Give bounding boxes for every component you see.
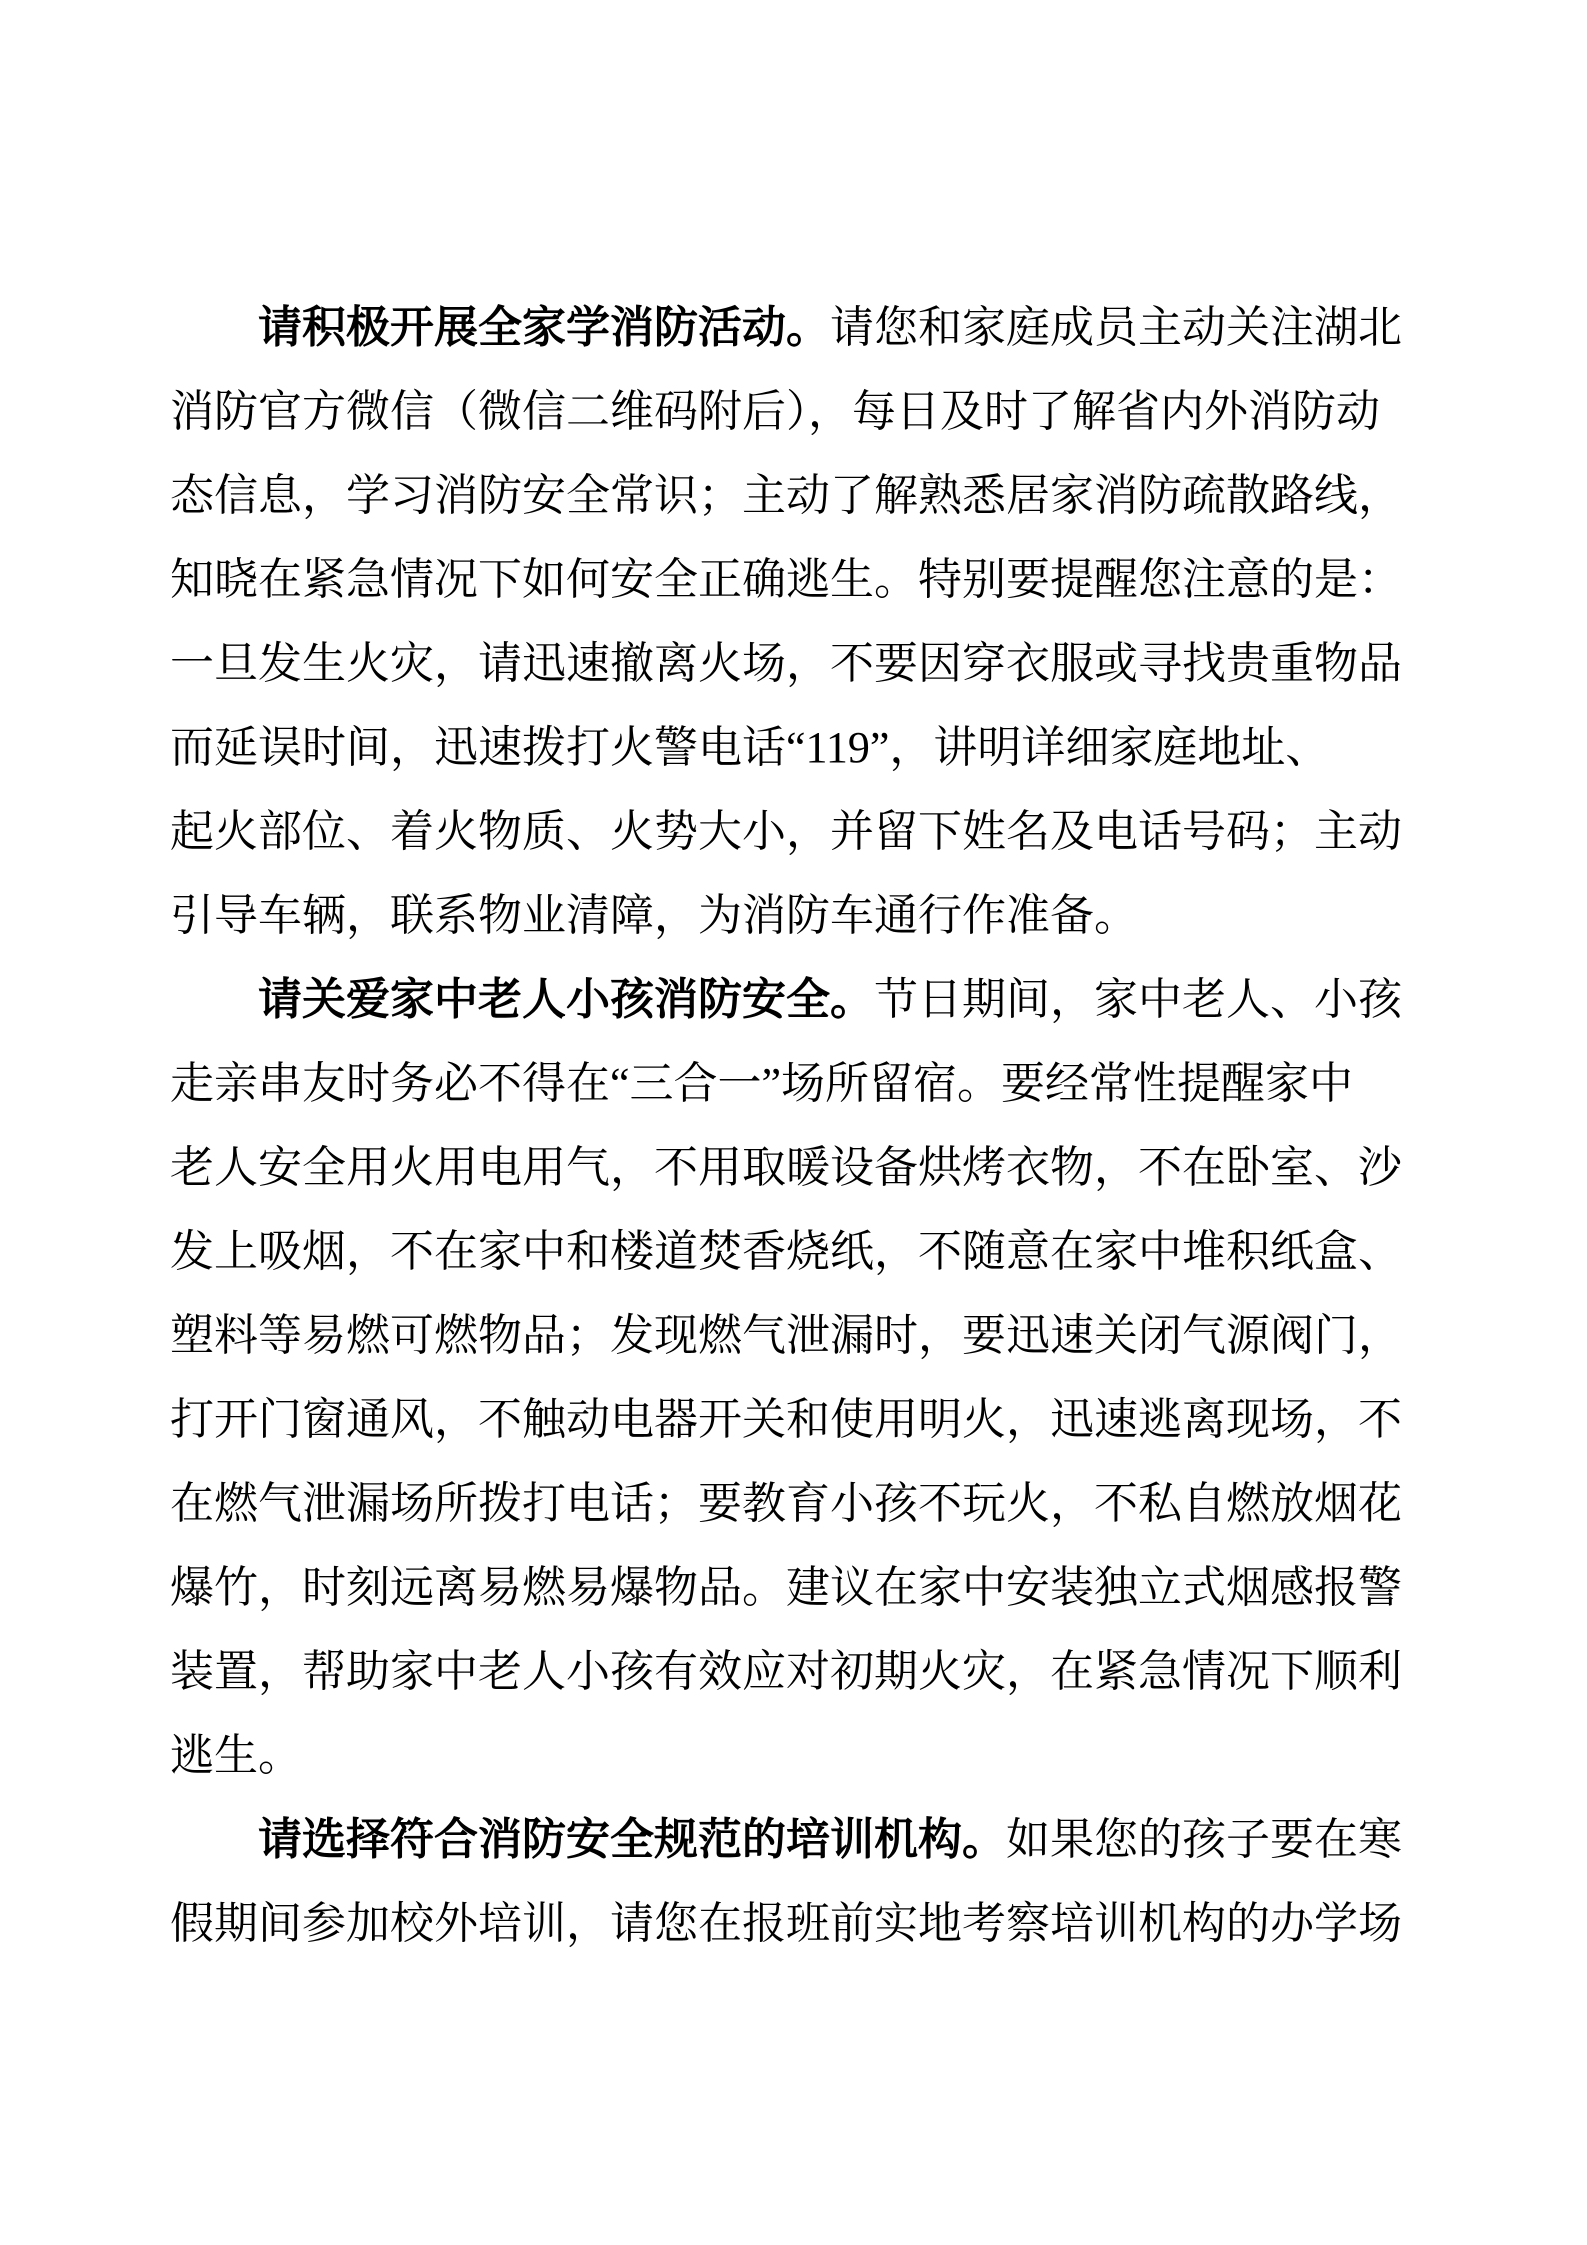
text-line: 在燃气泄漏场所拨打电话；要教育小孩不玩火，不私自燃放烟花 [170,1462,1420,1546]
text-line: 一旦发生火灾，请迅速撤离火场，不要因穿衣服或寻找贵重物品 [170,622,1420,706]
text-line: 老人安全用火用电用气，不用取暖设备烘烤衣物，不在卧室、沙 [170,1126,1420,1210]
paragraph-text: 引导车辆，联系物业清障，为消防车通行作准备。 [170,891,1138,940]
paragraph-text: 态信息，学习消防安全常识；主动了解熟悉居家消防疏散路线， [170,471,1402,520]
paragraph-text: 一旦发生火灾，请迅速撤离火场，不要因穿衣服或寻找贵重物品 [170,639,1402,688]
paragraph-text: 节日期间，家中老人、小孩 [874,975,1402,1024]
text-line: 态信息，学习消防安全常识；主动了解熟悉居家消防疏散路线， [170,454,1420,538]
document-page: 请积极开展全家学消防活动。请您和家庭成员主动关注湖北消防官方微信（微信二维码附后… [0,0,1587,2245]
paragraph-text: 假期间参加校外培训，请您在报班前实地考察培训机构的办学场 [170,1899,1402,1948]
text-line: 知晓在紧急情况下如何安全正确逃生。特别要提醒您注意的是： [170,538,1420,622]
text-line: 而延误时间，迅速拨打火警电话“119”，讲明详细家庭地址、 [170,706,1420,790]
paragraph-text: 塑料等易燃可燃物品；发现燃气泄漏时，要迅速关闭气源阀门， [170,1311,1402,1360]
paragraph-text: 而延误时间，迅速拨打火警电话“119”，讲明详细家庭地址、 [170,723,1329,772]
text-line: 打开门窗通风，不触动电器开关和使用明火，迅速逃离现场，不 [170,1378,1420,1462]
text-line: 走亲串友时务必不得在“三合一”场所留宿。要经常性提醒家中 [170,1042,1420,1126]
paragraph-lead-bold: 请关爱家中老人小孩消防安全。 [258,975,874,1024]
paragraph-text: 装置，帮助家中老人小孩有效应对初期火灾，在紧急情况下顺利 [170,1647,1402,1696]
text-line: 装置，帮助家中老人小孩有效应对初期火灾，在紧急情况下顺利 [170,1630,1420,1714]
text-line: 爆竹，时刻远离易燃易爆物品。建议在家中安装独立式烟感报警 [170,1546,1420,1630]
document-text-block: 请积极开展全家学消防活动。请您和家庭成员主动关注湖北消防官方微信（微信二维码附后… [170,286,1420,1966]
paragraph-text: 请您和家庭成员主动关注湖北 [830,303,1402,352]
paragraph-text: 走亲串友时务必不得在“三合一”场所留宿。要经常性提醒家中 [170,1059,1353,1108]
paragraph-text: 如果您的孩子要在寒 [1006,1815,1402,1864]
text-line: 假期间参加校外培训，请您在报班前实地考察培训机构的办学场 [170,1882,1420,1966]
paragraph-text: 老人安全用火用电用气，不用取暖设备烘烤衣物，不在卧室、沙 [170,1143,1402,1192]
paragraph-text: 知晓在紧急情况下如何安全正确逃生。特别要提醒您注意的是： [170,555,1402,604]
text-line: 请积极开展全家学消防活动。请您和家庭成员主动关注湖北 [170,286,1420,370]
paragraph-lead-bold: 请积极开展全家学消防活动。 [258,303,830,352]
paragraph-text: 发上吸烟，不在家中和楼道焚香烧纸，不随意在家中堆积纸盒、 [170,1227,1402,1276]
paragraph-text: 打开门窗通风，不触动电器开关和使用明火，迅速逃离现场，不 [170,1395,1402,1444]
paragraph-text: 逃生。 [170,1731,302,1780]
text-line: 逃生。 [170,1714,1420,1798]
text-line: 请关爱家中老人小孩消防安全。节日期间，家中老人、小孩 [170,958,1420,1042]
text-line: 塑料等易燃可燃物品；发现燃气泄漏时，要迅速关闭气源阀门， [170,1294,1420,1378]
paragraph-text: 在燃气泄漏场所拨打电话；要教育小孩不玩火，不私自燃放烟花 [170,1479,1402,1528]
text-line: 引导车辆，联系物业清障，为消防车通行作准备。 [170,874,1420,958]
text-line: 发上吸烟，不在家中和楼道焚香烧纸，不随意在家中堆积纸盒、 [170,1210,1420,1294]
text-line: 请选择符合消防安全规范的培训机构。如果您的孩子要在寒 [170,1798,1420,1882]
paragraph-text: 起火部位、着火物质、火势大小，并留下姓名及电话号码；主动 [170,807,1402,856]
text-line: 消防官方微信（微信二维码附后），每日及时了解省内外消防动 [170,370,1420,454]
paragraph-text: 消防官方微信（微信二维码附后），每日及时了解省内外消防动 [170,387,1380,436]
paragraph-lead-bold: 请选择符合消防安全规范的培训机构。 [258,1815,1006,1864]
paragraph-text: 爆竹，时刻远离易燃易爆物品。建议在家中安装独立式烟感报警 [170,1563,1402,1612]
text-line: 起火部位、着火物质、火势大小，并留下姓名及电话号码；主动 [170,790,1420,874]
